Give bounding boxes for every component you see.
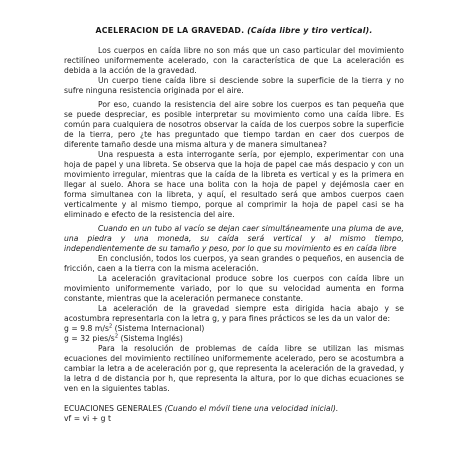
paragraph-air-resistance: Por eso, cuando la resistencia del aire … (64, 100, 404, 150)
paragraph-intro: Los cuerpos en caída libre no son más qu… (64, 46, 404, 76)
paragraph-definition: Un cuerpo tiene caída libre si desciende… (64, 76, 404, 96)
paragraph-conclusion: En conclusión, todos los cuerpos, ya sea… (64, 254, 404, 274)
paragraph-gravitational-acceleration: La aceleración gravitacional produce sob… (64, 274, 404, 304)
equation-final-velocity: vf = vi + g t (64, 414, 404, 424)
document-title: ACELERACION DE LA GRAVEDAD. (Caída libre… (64, 26, 404, 36)
paragraph-gravity-direction: La aceleración de la gravedad siempre es… (64, 304, 404, 324)
gravity-value-english: g = 32 pies/s2 (Sistema Inglés) (64, 334, 404, 344)
title-main: ACELERACION DE LA GRAVEDAD. (95, 26, 244, 35)
g-en-value: g = 32 pies/s (64, 334, 115, 343)
section-equations: ECUACIONES GENERALES (Cuando el móvil ti… (64, 404, 404, 414)
document-page: ACELERACION DE LA GRAVEDAD. (Caída libre… (64, 26, 404, 424)
paragraph-vacuum-tube: Cuando en un tubo al vacío se dejan caer… (64, 224, 404, 254)
g-en-label: (Sistema Inglés) (118, 334, 183, 343)
paragraph-equations-intro: Para la resolución de problemas de caída… (64, 344, 404, 394)
title-subtitle: (Caída libre y tiro vertical). (247, 26, 372, 35)
g-si-value: g = 9.8 m/s (64, 324, 109, 333)
section-heading: ECUACIONES GENERALES (64, 404, 162, 413)
paragraph-experiment: Una respuesta a esta interrogante sería,… (64, 150, 404, 220)
g-si-label: (Sistema Internacional) (112, 324, 204, 333)
section-note: (Cuando el móvil tiene una velocidad ini… (162, 404, 338, 413)
